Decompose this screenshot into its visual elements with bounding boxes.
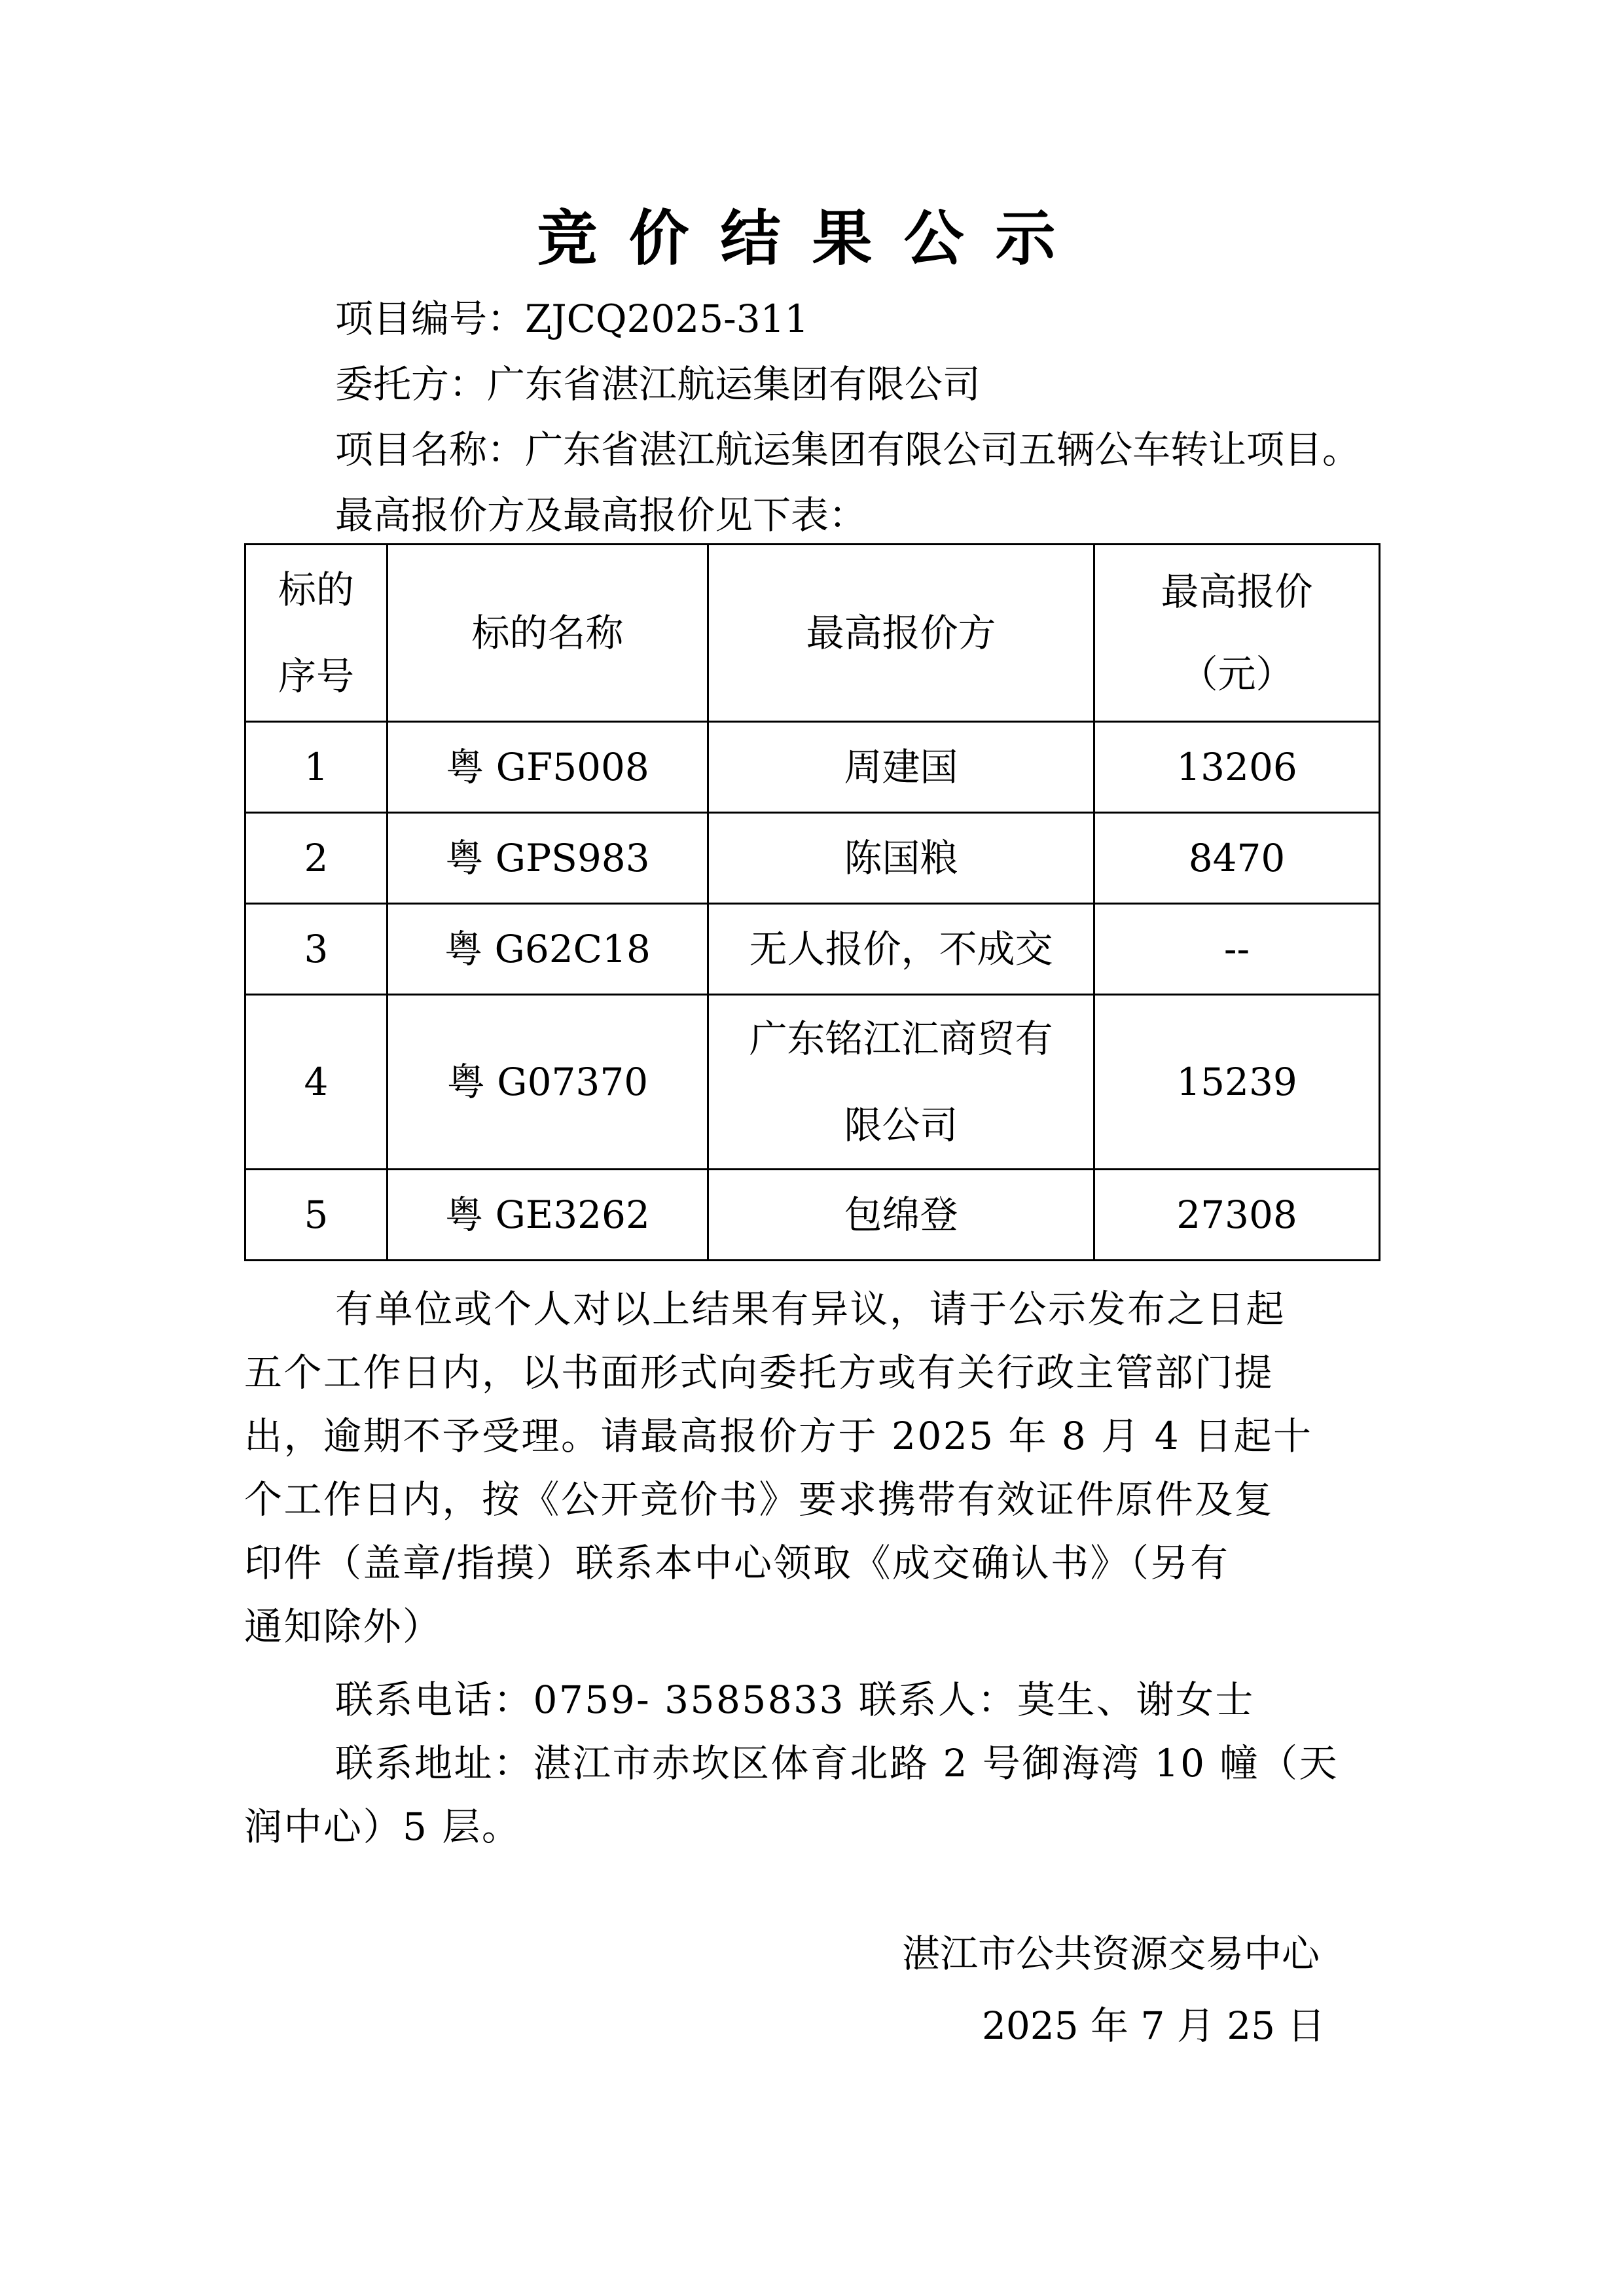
- cell-bidder: 陈国粮: [708, 813, 1094, 904]
- cell-price: --: [1094, 904, 1380, 995]
- project-name-label: 项目名称：: [335, 427, 525, 472]
- cell-bidder: 广东铭江汇商贸有 限公司: [708, 995, 1094, 1170]
- header-seq: 标的 序号: [245, 545, 388, 722]
- cell-price: 15239: [1094, 995, 1380, 1170]
- cell-seq: 2: [245, 813, 388, 904]
- cell-bidder: 无人报价，不成交: [708, 904, 1094, 995]
- notice-line: 通知除外）: [244, 1600, 442, 1653]
- notice-line: 出，逾期不予受理。请最高报价方于 2025 年 8 月 4 日起十: [244, 1410, 1313, 1462]
- cell-price: 13206: [1094, 722, 1380, 813]
- signature-organization: 湛江市公共资源交易中心: [902, 1928, 1320, 1980]
- project-name-line: 项目名称：广东省湛江航运集团有限公司五辆公车转让项目。: [335, 423, 1360, 476]
- cell-item-name: 粤 G62C18: [388, 904, 708, 995]
- project-code-value: ZJCQ2025-311: [525, 296, 808, 341]
- client-line: 委托方：广东省湛江航运集团有限公司: [335, 358, 981, 410]
- contact-address-line: 联系地址：湛江市赤坎区体育北路 2 号御海湾 10 幢（天: [335, 1737, 1339, 1789]
- contact-phone-line: 联系电话：0759- 3585833 联系人：莫生、谢女士: [335, 1674, 1255, 1726]
- table-row: 1 粤 GF5008 周建国 13206: [245, 722, 1380, 813]
- cell-bidder: 周建国: [708, 722, 1094, 813]
- cell-item-name: 粤 GF5008: [388, 722, 708, 813]
- table-header-row: 标的 序号 标的名称 最高报价方 最高报价 （元）: [245, 545, 1380, 722]
- cell-price: 27308: [1094, 1170, 1380, 1261]
- table-intro: 最高报价方及最高报价见下表：: [335, 489, 867, 541]
- cell-bidder: 包绵登: [708, 1170, 1094, 1261]
- cell-seq: 1: [245, 722, 388, 813]
- table-row: 5 粤 GE3262 包绵登 27308: [245, 1170, 1380, 1261]
- page-title: 竞价结果公示: [0, 196, 1624, 281]
- project-name-value: 广东省湛江航运集团有限公司五辆公车转让项目。: [525, 427, 1360, 472]
- cell-price: 8470: [1094, 813, 1380, 904]
- document-page: 竞价结果公示 项目编号：ZJCQ2025-311 委托方：广东省湛江航运集团有限…: [0, 0, 1624, 2296]
- project-code-label: 项目编号：: [335, 296, 525, 341]
- cell-seq: 3: [245, 904, 388, 995]
- notice-line: 个工作日内，按《公开竞价书》要求携带有效证件原件及复: [244, 1473, 1274, 1526]
- contact-address-line-cont: 润中心）5 层。: [244, 1801, 521, 1853]
- notice-line: 印件（盖章/指摸）联系本中心领取《成交确认书》（另有: [244, 1537, 1230, 1589]
- client-label: 委托方：: [335, 362, 487, 406]
- cell-item-name: 粤 GPS983: [388, 813, 708, 904]
- header-item-name: 标的名称: [388, 545, 708, 722]
- cell-item-name: 粤 G07370: [388, 995, 708, 1170]
- cell-seq: 5: [245, 1170, 388, 1261]
- notice-line: 五个工作日内，以书面形式向委托方或有关行政主管部门提: [244, 1346, 1274, 1399]
- table-row: 2 粤 GPS983 陈国粮 8470: [245, 813, 1380, 904]
- table-row: 3 粤 G62C18 无人报价，不成交 --: [245, 904, 1380, 995]
- signature-date: 2025 年 7 月 25 日: [982, 2000, 1326, 2052]
- header-bidder: 最高报价方: [708, 545, 1094, 722]
- table-row: 4 粤 G07370 广东铭江汇商贸有 限公司 15239: [245, 995, 1380, 1170]
- header-price: 最高报价 （元）: [1094, 545, 1380, 722]
- notice-line: 有单位或个人对以上结果有异议，请于公示发布之日起: [335, 1283, 1286, 1335]
- results-table: 标的 序号 标的名称 最高报价方 最高报价 （元） 1 粤 GF5008 周建国…: [244, 543, 1380, 1261]
- client-value: 广东省湛江航运集团有限公司: [487, 362, 981, 406]
- cell-seq: 4: [245, 995, 388, 1170]
- cell-item-name: 粤 GE3262: [388, 1170, 708, 1261]
- project-code-line: 项目编号：ZJCQ2025-311: [335, 293, 808, 345]
